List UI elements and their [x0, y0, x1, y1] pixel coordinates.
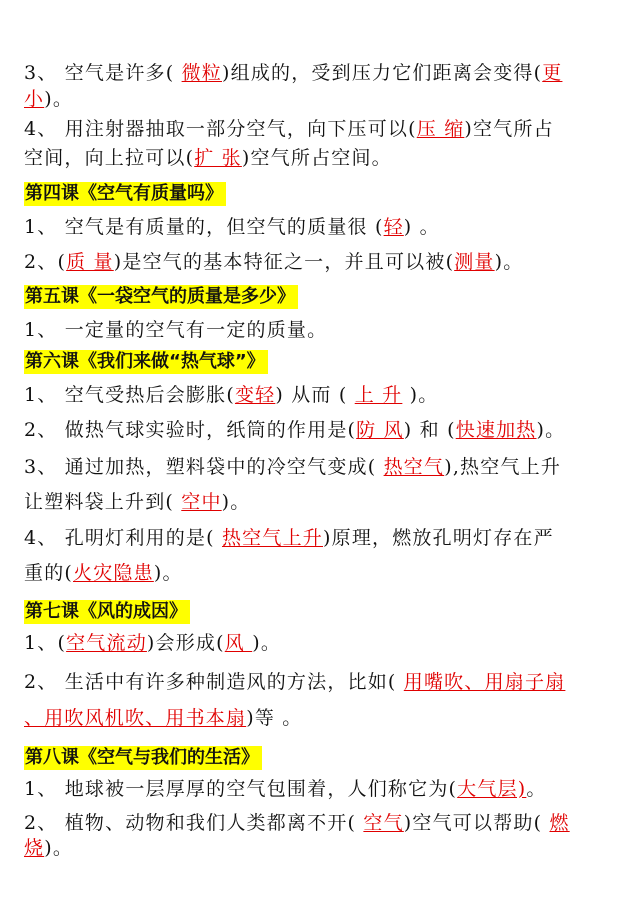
answer-blank: 燃	[549, 812, 569, 834]
question-text: )。	[222, 491, 251, 513]
lesson-heading: 第五课《一袋空气的质量是多少》	[24, 285, 298, 309]
answer-blank: 轻	[384, 216, 404, 238]
question-line: 3、 通过加热，塑料袋中的冷空气变成( 热空气),热空气上升	[24, 455, 618, 479]
question-line: 4、 用注射器抽取一部分空气，向下压可以(压 缩)空气所占	[24, 117, 618, 141]
question-text: 让塑料袋上升到(	[24, 491, 181, 513]
answer-blank: 大气层)	[457, 778, 526, 800]
answer-blank: 用嘴吹、用扇子扇	[404, 671, 566, 693]
question-text: 3、 空气是许多(	[24, 62, 182, 84]
answer-blank: 测量	[454, 251, 494, 273]
question-text: )是空气的基本特征之一，并且可以被(	[114, 251, 454, 273]
lesson-heading: 第八课《空气与我们的生活》	[24, 746, 262, 770]
question-line: 1、(空气流动)会形成(风 )。	[24, 631, 618, 655]
question-text: 3、 通过加热，塑料袋中的冷空气变成(	[24, 456, 384, 478]
answer-blank: 质 量	[66, 251, 114, 273]
question-line: 2、(质 量)是空气的基本特征之一，并且可以被(测量)。	[24, 250, 618, 274]
question-line: 2、 生活中有许多种制造风的方法，比如( 用嘴吹、用扇子扇	[24, 670, 618, 694]
answer-blank: 空中	[181, 491, 221, 513]
question-line: 重的(火灾隐患)。	[24, 561, 618, 585]
answer-blank: 火灾隐患	[73, 562, 154, 584]
answer-blank: 、用吹风机吹、用书本扇	[24, 707, 246, 729]
question-text: )。	[495, 251, 524, 273]
question-text: )。	[252, 632, 281, 654]
answer-blank: 小	[24, 88, 44, 110]
question-text: )空气可以帮助(	[404, 812, 550, 834]
question-text: 2、(	[24, 251, 66, 273]
question-text: 2、 生活中有许多种制造风的方法，比如(	[24, 671, 404, 693]
answer-blank: 扩 张	[194, 147, 242, 169]
question-line: 3、 空气是许多( 微粒)组成的，受到压力它们距离会变得(更	[24, 61, 618, 85]
question-text: 1、(	[24, 632, 66, 654]
lesson-heading: 第七课《风的成因》	[24, 600, 190, 624]
question-line: 空间，向上拉可以(扩 张)空气所占空间。	[24, 146, 618, 170]
answer-blank: 烧	[24, 837, 44, 859]
question-text: 2、 做热气球实验时，纸筒的作用是(	[24, 419, 356, 441]
question-text: ) 。	[404, 216, 440, 238]
answer-blank: 快速加热	[456, 419, 537, 441]
question-line: 让塑料袋上升到( 空中)。	[24, 490, 618, 514]
question-line: 、用吹风机吹、用书本扇)等 。	[24, 706, 618, 730]
answer-blank: 空气	[363, 812, 403, 834]
question-line: 烧)。	[24, 836, 618, 860]
lesson-heading: 第四课《空气有质量吗》	[24, 182, 226, 206]
answer-blank: 空气流动	[66, 632, 147, 654]
question-text: )。	[44, 88, 73, 110]
question-text: ),热空气上升	[444, 456, 561, 478]
question-text: )。	[402, 384, 438, 406]
answer-blank: 变轻	[235, 384, 275, 406]
question-line: 2、 植物、动物和我们人类都离不开( 空气)空气可以帮助( 燃	[24, 811, 618, 835]
question-line: 小)。	[24, 87, 618, 111]
answer-blank: 上 升	[355, 384, 403, 406]
question-text: ) 和 (	[404, 419, 456, 441]
question-line: 1、 一定量的空气有一定的质量。	[24, 318, 618, 342]
lesson-heading: 第六课《我们来做“热气球”》	[24, 350, 268, 374]
question-text: 1、 空气受热后会膨胀(	[24, 384, 235, 406]
question-line: 1、 空气受热后会膨胀(变轻) 从而 ( 上 升 )。	[24, 383, 618, 407]
question-line: 1、 地球被一层厚厚的空气包围着，人们称它为(大气层)。	[24, 777, 618, 801]
answer-blank: 热空气	[384, 456, 445, 478]
answer-blank: 更	[542, 62, 562, 84]
question-text: )空气所占	[464, 118, 553, 140]
question-text: )等 。	[246, 707, 302, 729]
question-text: ) 从而 (	[275, 384, 354, 406]
question-text: 4、 用注射器抽取一部分空气，向下压可以(	[24, 118, 417, 140]
answer-blank: 热空气上升	[222, 527, 323, 549]
answer-blank: 压 缩	[417, 118, 465, 140]
question-text: 1、 一定量的空气有一定的质量。	[24, 319, 327, 341]
answer-blank: 防 风	[356, 419, 404, 441]
question-text: 空间，向上拉可以(	[24, 147, 194, 169]
question-text: 4、 孔明灯利用的是(	[24, 527, 222, 549]
answer-blank: 微粒	[182, 62, 222, 84]
question-text: )。	[537, 419, 566, 441]
question-text: 。	[526, 778, 546, 800]
question-text: )。	[154, 562, 183, 584]
question-text: )原理，燃放孔明灯存在严	[323, 527, 554, 549]
question-text: 1、 地球被一层厚厚的空气包围着，人们称它为(	[24, 778, 457, 800]
question-text: )。	[44, 837, 73, 859]
question-text: )空气所占空间。	[242, 147, 392, 169]
question-line: 1、 空气是有质量的，但空气的质量很 (轻) 。	[24, 215, 618, 239]
question-line: 2、 做热气球实验时，纸筒的作用是(防 风) 和 (快速加热)。	[24, 418, 618, 442]
question-text: 1、 空气是有质量的，但空气的质量很 (	[24, 216, 384, 238]
question-line: 4、 孔明灯利用的是( 热空气上升)原理，燃放孔明灯存在严	[24, 526, 618, 550]
question-text: )组成的，受到压力它们距离会变得(	[222, 62, 542, 84]
question-text: 2、 植物、动物和我们人类都离不开(	[24, 812, 363, 834]
answer-blank: 风	[225, 632, 252, 654]
question-text: )会形成(	[147, 632, 225, 654]
question-text: 重的(	[24, 562, 73, 584]
